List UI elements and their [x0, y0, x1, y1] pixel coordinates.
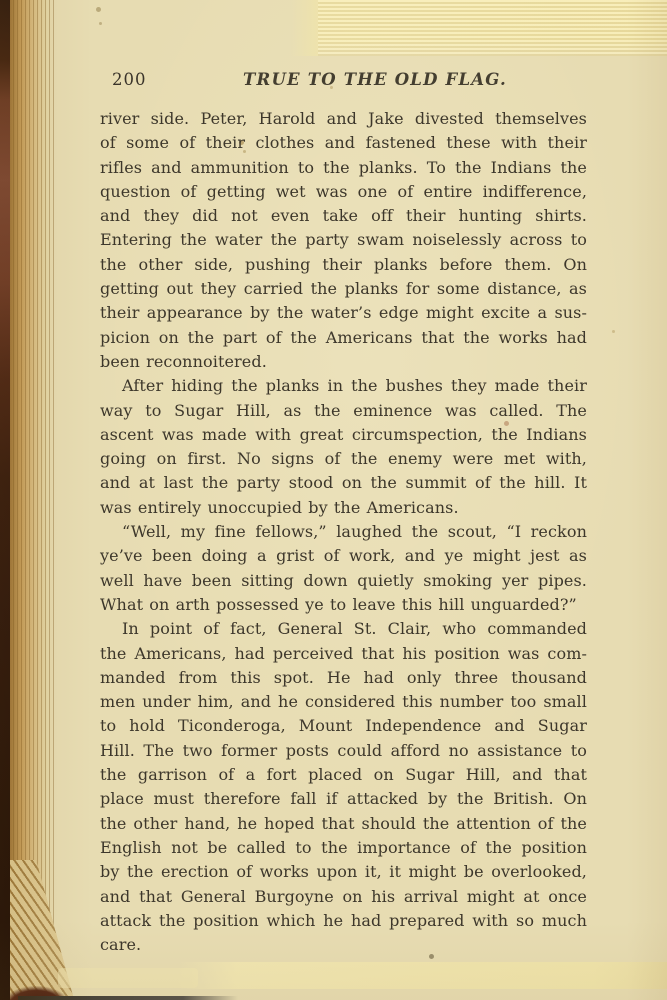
text-line: and at last the party stood on the summi…: [100, 471, 587, 495]
text-line: the other hand, he hoped that should the…: [100, 812, 587, 836]
text-line: to hold Ticonderoga, Mount Independence …: [100, 714, 587, 738]
text-line: the Americans, had perceived that his po…: [100, 642, 587, 666]
text-line: question of getting wet was one of entir…: [100, 180, 587, 204]
page-edges-top-right: [318, 0, 667, 56]
paragraph: river side. Peter, Harold and Jake dives…: [100, 107, 587, 374]
text-line: and they did not even take off their hun…: [100, 204, 587, 228]
text-line: way to Sugar Hill, as the eminence was c…: [100, 399, 587, 423]
cover-spine-edge: [0, 0, 10, 1000]
text-line: picion on the part of the Americans that…: [100, 326, 587, 350]
text-line: attack the position which he had prepare…: [100, 909, 587, 933]
text-block: river side. Peter, Harold and Jake dives…: [100, 107, 587, 957]
running-header: TRUE TO THE OLD FLAG.: [230, 70, 520, 89]
text-line: going on first. No signs of the enemy we…: [100, 447, 587, 471]
text-line: ascent was made with great circumspectio…: [100, 423, 587, 447]
bottom-dark-line: [18, 996, 238, 1000]
paragraph: “Well, my fine fellows,” laughed the sco…: [100, 520, 587, 617]
text-line: ye’ve been doing a grist of work, and ye…: [100, 544, 587, 568]
text-line: English not be called to the importance …: [100, 836, 587, 860]
text-line: the garrison of a fort placed on Sugar H…: [100, 763, 587, 787]
paragraph: In point of fact, General St. Clair, who…: [100, 617, 587, 957]
text-line: well have been sitting down quietly smok…: [100, 569, 587, 593]
bottom-light-band: [178, 962, 667, 989]
text-line: and that General Burgoyne on his arrival…: [100, 885, 587, 909]
text-line: by the erection of works upon it, it mig…: [100, 860, 587, 884]
text-line: Hill. The two former posts could afford …: [100, 739, 587, 763]
paper-specks: [0, 0, 3, 3]
page-number: 200: [112, 70, 147, 89]
text-line: of some of their clothes and fastened th…: [100, 131, 587, 155]
book-page-scan: 200 TRUE TO THE OLD FLAG. river side. Pe…: [0, 0, 667, 1000]
text-line: What on arth possessed ye to leave this …: [100, 593, 587, 617]
text-line: “Well, my fine fellows,” laughed the sco…: [100, 520, 587, 544]
text-line: getting out they carried the planks for …: [100, 277, 587, 301]
text-line: the other side, pushing their planks bef…: [100, 253, 587, 277]
text-line: men under him, and he considered this nu…: [100, 690, 587, 714]
text-line: was entirely unoccupied by the Americans…: [100, 496, 587, 520]
bottom-light-band-left: [58, 968, 198, 988]
paragraph: After hiding the planks in the bushes th…: [100, 374, 587, 520]
page-header: 200 TRUE TO THE OLD FLAG.: [100, 70, 587, 92]
text-line: their appearance by the water’s edge mig…: [100, 301, 587, 325]
text-line: In point of fact, General St. Clair, who…: [100, 617, 587, 641]
text-line: care.: [100, 933, 587, 957]
page-edges-left: [9, 0, 55, 1000]
text-line: After hiding the planks in the bushes th…: [100, 374, 587, 398]
text-line: place must therefore fall if attacked by…: [100, 787, 587, 811]
text-line: been reconnoitered.: [100, 350, 587, 374]
text-line: rifles and ammunition to the planks. To …: [100, 156, 587, 180]
text-line: manded from this spot. He had only three…: [100, 666, 587, 690]
text-line: Entering the water the party swam noisel…: [100, 228, 587, 252]
text-line: river side. Peter, Harold and Jake dives…: [100, 107, 587, 131]
